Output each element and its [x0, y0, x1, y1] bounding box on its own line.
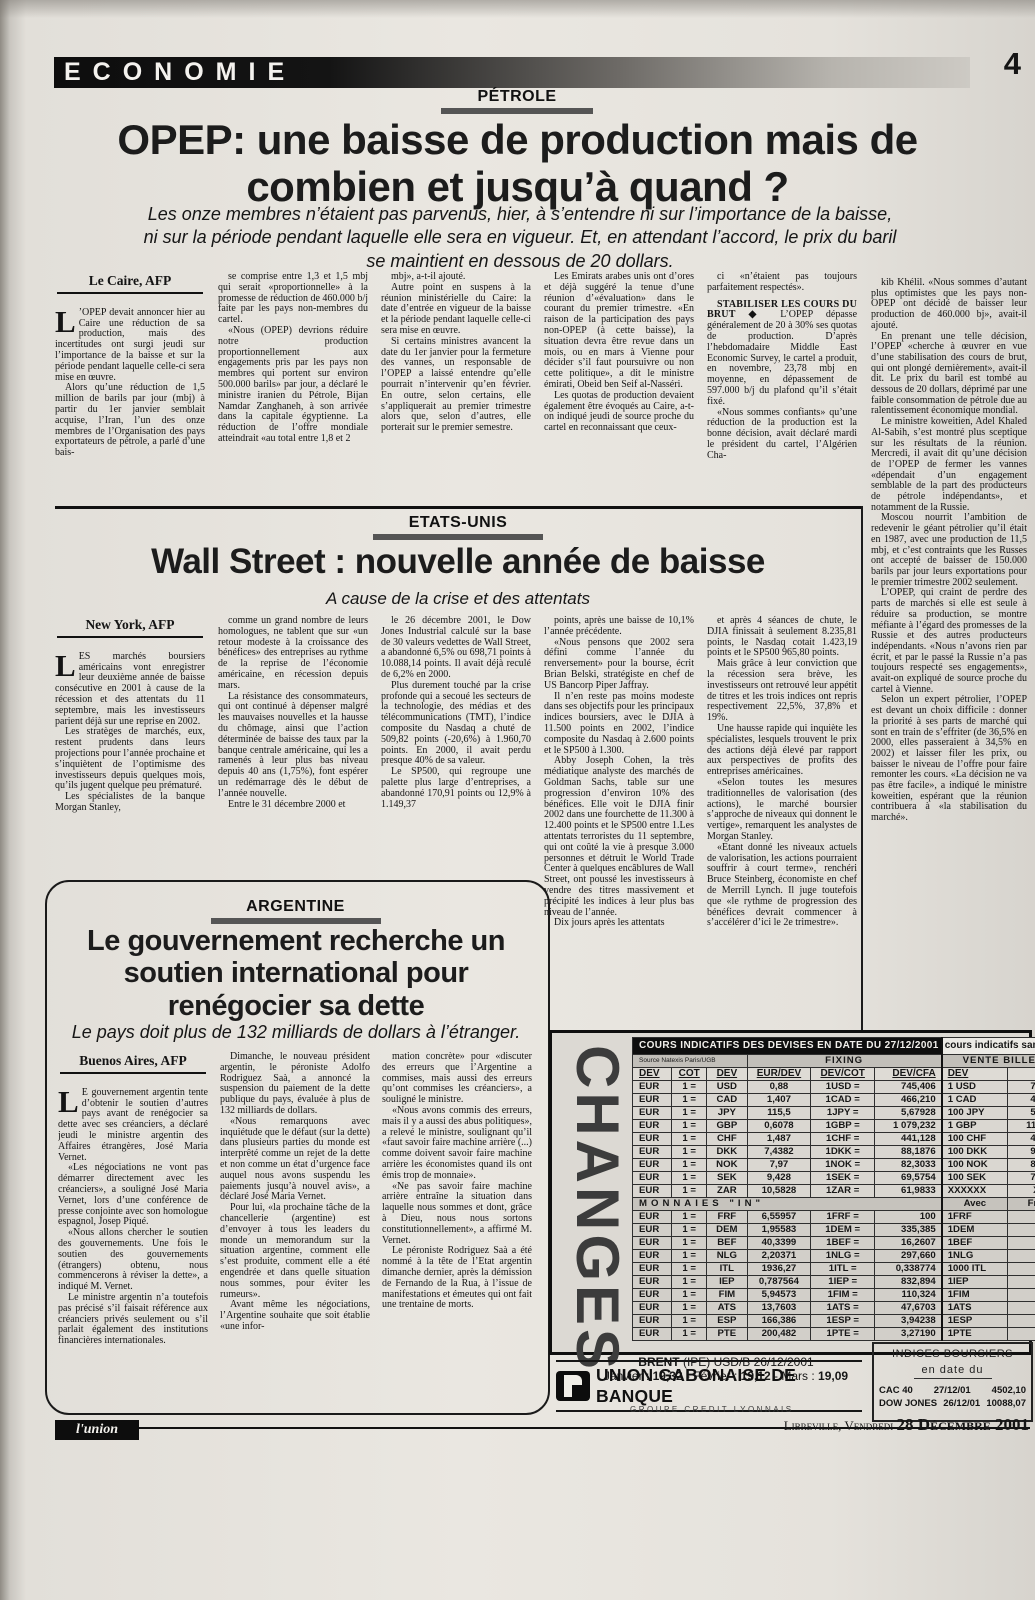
column-divider — [861, 506, 863, 1058]
vente-label: VENTE BILLETS — [942, 1055, 1035, 1068]
table-row: EUR1 =DEM1,955831DEM =335,3851DEM347,26 — [633, 1224, 1035, 1237]
paragraph: Il n’en reste pas moins modeste dans ses… — [544, 692, 694, 757]
ws-col1: New York, AFP LES marchés boursiers amér… — [55, 616, 205, 868]
paragraph: Autre point en suspens à la réunion mini… — [381, 283, 531, 337]
ws-byline: New York, AFP — [57, 620, 203, 638]
ws-standfirst: A cause de la crise et des attentats — [55, 589, 861, 609]
arg-col1-rest: «Les négociations ne vont pas démarrer d… — [58, 1163, 208, 1347]
arg-col3: mation concrète» pour «discuter des erre… — [382, 1052, 532, 1404]
table-row: EUR1 =JPY115,51JPY =5,67928100 JPY585,67… — [633, 1107, 1035, 1120]
ws-col4: points, après une baisse de 10,1% l’anné… — [544, 616, 694, 1034]
fixing-rows: EUR1 =USD0,881USD =745,4061 USD757,448EU… — [633, 1081, 1035, 1198]
arg-columns: Buenos Aires, AFP LE gouvernement argent… — [58, 1052, 532, 1404]
paragraph: Le ministre koweitien, Adel Khaled Al-Sa… — [871, 417, 1027, 513]
petrole-col3: mbj», a-t-il ajouté.Autre point en suspe… — [381, 272, 531, 505]
table-row: EUR1 =NLG2,203711NLG =297,6601NLG308,20 — [633, 1250, 1035, 1263]
paragraph: ci «n’étaient pas toujours parfaitement … — [707, 272, 857, 294]
paper-name: l'union — [55, 1420, 139, 1440]
table-title-row: COURS INDICATIFS DES DEVISES EN DATE DU … — [633, 1038, 1035, 1055]
arg-lead: LE gouvernement argentin tente d’obtenir… — [58, 1088, 208, 1164]
table-row: EUR1 =FRF6,559571FRF =1001FRF103,54 — [633, 1211, 1035, 1224]
indices-rows: CAC 4027/12/014502,10DOW JONES26/12/0110… — [874, 1384, 1031, 1410]
paragraph: «Nous (OPEP) devrions réduire notre prod… — [218, 326, 368, 445]
petrole-col1: Le Caire, AFP L’OPEP devait annoncer hie… — [55, 272, 205, 505]
ws-kicker: ETATS-UNIS — [55, 514, 861, 532]
section-bar: ECONOMIE — [54, 57, 970, 88]
ws-col5: et après 4 séances de chute, le DJIA fin… — [707, 616, 857, 1034]
petrole-col5: ci «n’étaient pas toujours parfaitement … — [707, 272, 857, 505]
table-row: EUR1 =CAD1,4071CAD =466,2101 CAD480,708 — [633, 1094, 1035, 1107]
paragraph: Pour lui, «la prochaine tâche de la chan… — [220, 1203, 370, 1300]
paragraph: points, après une baisse de 10,1% l’anné… — [544, 616, 694, 638]
arg-kicker-wrap: ARGENTINE — [45, 898, 546, 924]
column-headers: DEVCOTDEVEUR/DEVDEV/COTDEV/CFADEVCFA — [633, 1068, 1035, 1081]
arg-col1: Buenos Aires, AFP LE gouvernement argent… — [58, 1052, 208, 1404]
monnaies-in-row: MONNAIES "IN" Avec Frais — [633, 1198, 1035, 1211]
table-row: EUR1 =ITL1936,271ITL =0,3387741000 ITL0,… — [633, 1263, 1035, 1276]
paragraph: Le ministre argentin n’a toutefois pas p… — [58, 1293, 208, 1347]
table-row: EUR1 =NOK7,971NOK =82,3033100 NOK8485,75 — [633, 1159, 1035, 1172]
petrole-col6: kib Khélil. «Nous sommes d’autant plus o… — [871, 278, 1027, 1058]
petrole-kicker-wrap: PÉTROLE — [42, 88, 992, 114]
arg-headline: Le gouvernement recherche un soutien int… — [62, 925, 530, 1022]
changes-vertical-label: CHANGES — [563, 1045, 632, 1373]
paragraph: Alors qu’une réduction de 1,5 million de… — [55, 383, 205, 459]
petrole-byline: Le Caire, AFP — [57, 276, 203, 294]
paragraph: Si certains ministres avancent la date d… — [381, 337, 531, 434]
paragraph: Entre le 31 décembre 2000 et — [218, 800, 368, 811]
arg-col2: Dimanche, le nouveau président argentin,… — [220, 1052, 370, 1404]
paragraph: En prenant une telle décision, l’OPEP «c… — [871, 332, 1027, 418]
petrole-headline: OPEP: une baisse de production mais de c… — [60, 116, 975, 210]
paragraph: «Ne pas savoir faire machine arrière ent… — [382, 1182, 532, 1247]
ugb-logo-icon — [556, 1371, 590, 1401]
paragraph: Mais grâce à leur conviction que la réce… — [707, 659, 857, 724]
paragraph: «Les négociations ne vont pas démarrer d… — [58, 1163, 208, 1228]
table-title: COURS INDICATIFS DES DEVISES EN DATE DU … — [633, 1038, 942, 1055]
paragraph: Les stratèges de marchés, eux, restent p… — [55, 727, 205, 792]
paragraph: et après 4 séances de chute, le DJIA fin… — [707, 616, 857, 659]
kicker-underline — [441, 108, 593, 114]
index-row: DOW JONES26/12/0110088,07 — [879, 1397, 1026, 1410]
index-row: CAC 4027/12/014502,10 — [879, 1384, 1026, 1397]
paragraph: L’OPEP, qui craint de perdre des parts d… — [871, 588, 1027, 695]
table-row: DEVCOTDEVEUR/DEVDEV/COTDEV/CFADEVCFA — [633, 1068, 1035, 1081]
paragraph: le 26 décembre 2001, le Dow Jones Indust… — [381, 616, 531, 681]
kicker-underline — [211, 918, 381, 924]
drop-cap: L — [58, 1088, 82, 1115]
source-label: Source Natexis Paris/UGB — [633, 1055, 748, 1068]
petrole-col1-rest: Alors qu’une réduction de 1,5 million de… — [55, 383, 205, 459]
table-row: EUR1 =ZAR10,58281ZAR =61,9833XXXXXXXXXXX — [633, 1185, 1035, 1198]
footer-date: Libreville, Vendredi 28 Décembre 2001 — [784, 1415, 1029, 1435]
arg-kicker: ARGENTINE — [45, 898, 546, 916]
paragraph: kib Khélil. «Nous sommes d’autant plus o… — [871, 278, 1027, 332]
paragraph: «Nous remarquons avec inquiétude que le … — [220, 1117, 370, 1203]
paragraph: Avant même les négociations, l’Argentine… — [220, 1300, 370, 1332]
currency-table-box: CHANGES COURS INDICATIFS DES DEVISES EN … — [549, 1030, 1032, 1355]
petrole-lead: L’OPEP devait annoncer hier au Caire une… — [55, 308, 205, 384]
paragraph: Le SP500, qui regroupe une palette plus … — [381, 767, 531, 810]
indices-title: INDICES BOURSIERS — [874, 1348, 1031, 1360]
table-row: EUR1 =CHF1,4871CHF =441,128100 CHF45485,… — [633, 1133, 1035, 1146]
arg-byline: Buenos Aires, AFP — [60, 1056, 206, 1074]
page-number: 4 — [1004, 46, 1021, 82]
paragraph: Les spécialistes de la banque Morgan Sta… — [55, 792, 205, 814]
paragraph-runhead: STABILISER LES COURS DU BRUT ◆ L’OPEP dé… — [707, 300, 857, 408]
paragraph: Les quotas de production devaient égalem… — [544, 391, 694, 434]
paragraph: «Etant donné les niveaux actuels de valo… — [707, 843, 857, 929]
table-row: EUR1 =ESP166,3861ESP =3,942381ESP4,08 — [633, 1315, 1035, 1328]
ws-col1-rest: Les stratèges de marchés, eux, restent p… — [55, 727, 205, 813]
table-row: EUR1 =BEF40,33991BEF =16,26071BEF16,84 — [633, 1237, 1035, 1250]
ws-col2: comme un grand nombre de leurs homologue… — [218, 616, 368, 868]
paragraph: Les Emirats arabes unis ont d’ores et dé… — [544, 272, 694, 391]
ws-kicker-wrap: ETATS-UNIS — [55, 514, 861, 540]
paragraph: Selon un expert pétrolier, l’OPEP est de… — [871, 695, 1027, 823]
stock-indices-box: INDICES BOURSIERS en date du CAC 4027/12… — [872, 1342, 1033, 1422]
monnaies-in-rows: EUR1 =FRF6,559571FRF =1001FRF103,54EUR1 … — [633, 1211, 1035, 1341]
paragraph: comme un grand nombre de leurs homologue… — [218, 616, 368, 692]
petrole-col4: Les Emirats arabes unis ont d’ores et dé… — [544, 272, 694, 505]
paragraph: Moscou nourrit l’ambition de redevenir l… — [871, 513, 1027, 588]
avec-label: Avec — [942, 1198, 1008, 1211]
paragraph: mation concrète» pour «discuter des erre… — [382, 1052, 532, 1106]
petrole-columns: Le Caire, AFP L’OPEP devait annoncer hie… — [55, 272, 861, 505]
ws-lead: LES marchés boursiers américains vont en… — [55, 652, 205, 728]
paragraph: «Nous sommes confiants» qu’une réduction… — [707, 408, 857, 462]
newspaper-page: ECONOMIE 4 PÉTROLE OPEP: une baisse de p… — [0, 0, 1035, 1600]
fixing-label: FIXING — [747, 1055, 942, 1068]
arg-standfirst: Le pays doit plus de 132 milliards de do… — [62, 1022, 530, 1043]
table-row: EUR1 =GBP0,60781GBP =1 079,2321 GBP1112,… — [633, 1120, 1035, 1133]
table-band-row: Source Natexis Paris/UGB FIXING VENTE BI… — [633, 1055, 1035, 1068]
table-row: EUR1 =IEP0,7875641IEP =832,8941IEP862,38 — [633, 1276, 1035, 1289]
paragraph: Une hausse rapide qui inquiète les spéci… — [707, 724, 857, 778]
table-row: EUR1 =USD0,881USD =745,4061 USD757,448 — [633, 1081, 1035, 1094]
table-row: EUR1 =SEK9,4281SEK =69,5754100 SEK7172,3… — [633, 1172, 1035, 1185]
frais-label: Frais — [1008, 1198, 1035, 1211]
ugb-group: GROUPE CREDIT LYONNAIS — [630, 1405, 794, 1414]
drop-cap: L — [55, 652, 79, 679]
paragraph: se comprise entre 1,3 et 1,5 mbj qui ser… — [218, 272, 368, 326]
paragraph: La résistance des consommateurs, qui ont… — [218, 692, 368, 800]
ugb-name: UNION GABONAISE DE BANQUE — [596, 1365, 862, 1407]
paragraph: «Selon toutes les mesures traditionnelle… — [707, 778, 857, 843]
paragraph: Le péroniste Rodriguez Saà a été nommé à… — [382, 1246, 532, 1311]
paragraph: «Nous allons chercher le soutien des gou… — [58, 1228, 208, 1293]
table-row: EUR1 =ATS13,76031ATS =47,67031ATS49,36 — [633, 1302, 1035, 1315]
currency-table: COURS INDICATIFS DES DEVISES EN DATE DU … — [632, 1037, 1035, 1341]
ws-col3: le 26 décembre 2001, le Dow Jones Indust… — [381, 616, 531, 868]
paragraph: «Nous pensons que 2002 sera défini comme… — [544, 638, 694, 692]
indices-subtitle: en date du — [914, 1364, 992, 1379]
table-row: EUR1 =FIM5,945731FIM =110,3241FIM114,23 — [633, 1289, 1035, 1302]
kicker-underline — [373, 534, 543, 540]
petrole-col2: se comprise entre 1,3 et 1,5 mbj qui ser… — [218, 272, 368, 505]
drop-cap: L — [55, 308, 79, 335]
paragraph: Dix jours après les attentats — [544, 918, 694, 929]
table-row: EUR1 =PTE200,4821PTE =3,271901PTE3,39 — [633, 1328, 1035, 1341]
petrole-kicker: PÉTROLE — [42, 88, 992, 106]
section-title: ECONOMIE — [54, 57, 970, 88]
no-fee-label: cours indicatifs sans frais — [942, 1038, 1035, 1055]
section-divider — [55, 506, 861, 509]
paragraph: Plus durement touché par la crise profon… — [381, 681, 531, 767]
paragraph: «Nous avons commis des erreurs, mais il … — [382, 1106, 532, 1182]
petrole-standfirst: Les onze membres n’étaient pas parvenus,… — [140, 203, 900, 273]
paragraph: Abby Joseph Cohen, la très médiatique an… — [544, 756, 694, 918]
ws-headline: Wall Street : nouvelle année de baisse — [55, 542, 861, 582]
table-row: EUR1 =DKK7,43821DKK =88,1876100 DKK9091,… — [633, 1146, 1035, 1159]
monnaies-in-label: MONNAIES "IN" — [633, 1198, 942, 1211]
paragraph: Dimanche, le nouveau président argentin,… — [220, 1052, 370, 1117]
